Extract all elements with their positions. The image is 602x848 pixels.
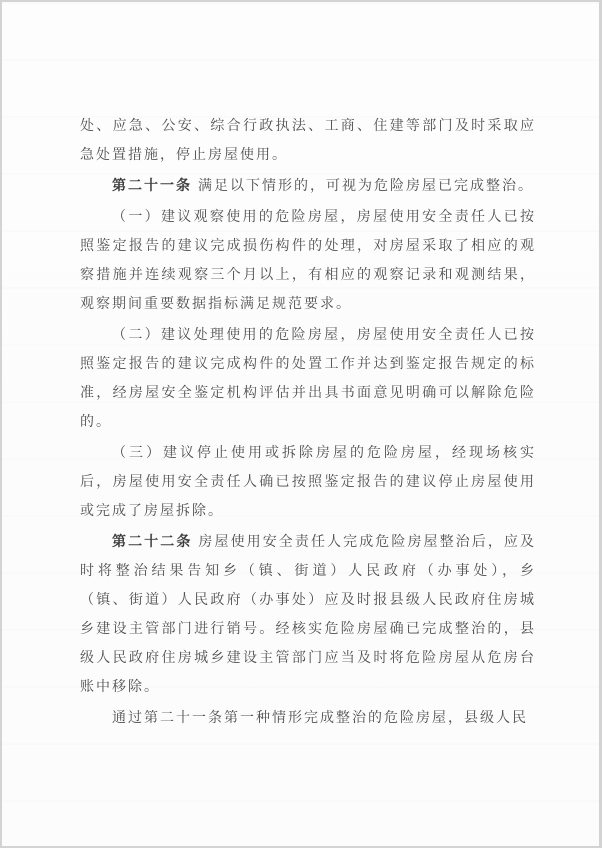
article-number: 第二十二条 (112, 535, 192, 550)
paragraph-text: 满足以下情形的，可视为危险房屋已完成整治。 (198, 179, 534, 194)
paragraph-text: （一）建议观察使用的危险房屋，房屋使用安全责任人已按照鉴定报告的建议完成损伤构件… (80, 210, 536, 312)
document-body: 处、应急、公安、综合行政执法、工商、住建等部门及时采取应急处置措施，停止房屋使用… (80, 112, 536, 733)
article-paragraph: 第二十二条房屋使用安全责任人完成危险房屋整治后，应及时将整治结果告知乡（镇、街道… (80, 528, 536, 702)
paragraph-text: 处、应急、公安、综合行政执法、工商、住建等部门及时采取应急处置措施，停止房屋使用… (80, 119, 536, 163)
paragraph: 通过第二十一条第一种情形完成整治的危险房屋，县级人民 (80, 704, 536, 733)
paragraph-text: （二）建议处理使用的危险房屋，房屋使用安全责任人已按照鉴定报告的建议完成构件的处… (80, 328, 536, 430)
paragraph: （一）建议观察使用的危险房屋，房屋使用安全责任人已按照鉴定报告的建议完成损伤构件… (80, 203, 536, 319)
paragraph-text: 通过第二十一条第一种情形完成整治的危险房屋，县级人民 (112, 711, 528, 726)
paragraph-text: 房屋使用安全责任人完成危险房屋整治后，应及时将整治结果告知乡（镇、街道）人民政府… (80, 535, 536, 695)
article-number: 第二十一条 (112, 179, 192, 194)
scanned-document-page: 处、应急、公安、综合行政执法、工商、住建等部门及时采取应急处置措施，停止房屋使用… (0, 0, 602, 848)
paragraph: （二）建议处理使用的危险房屋，房屋使用安全责任人已按照鉴定报告的建议完成构件的处… (80, 321, 536, 437)
paragraph: 处、应急、公安、综合行政执法、工商、住建等部门及时采取应急处置措施，停止房屋使用… (80, 112, 536, 170)
article-paragraph: 第二十一条满足以下情形的，可视为危险房屋已完成整治。 (80, 172, 536, 201)
paragraph: （三）建议停止使用或拆除房屋的危险房屋，经现场核实后，房屋使用安全责任人确已按照… (80, 439, 536, 526)
paragraph-text: （三）建议停止使用或拆除房屋的危险房屋，经现场核实后，房屋使用安全责任人确已按照… (80, 446, 536, 519)
